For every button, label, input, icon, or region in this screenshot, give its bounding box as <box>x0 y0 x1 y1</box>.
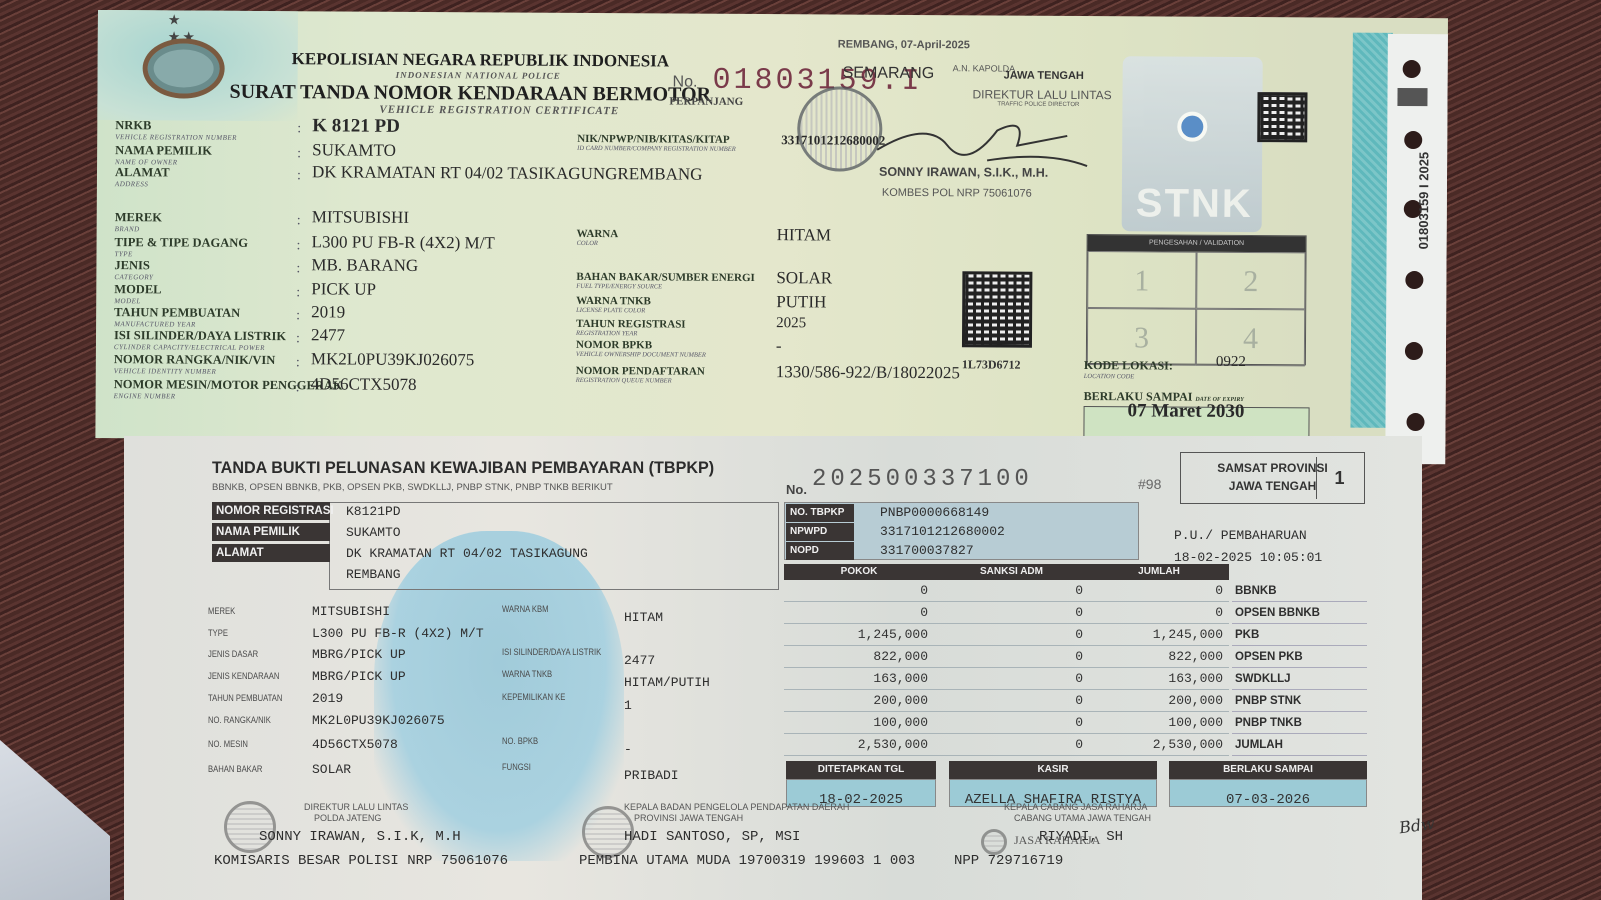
validation-header: PENGESAHAN / VALIDATION <box>1088 235 1306 252</box>
document-title-en: VEHICLE REGISTRATION CERTIFICATE <box>379 104 619 117</box>
jumlah-value: 100,000 <box>1089 712 1229 733</box>
field-label: BAHAN BAKAR/SUMBER ENERGIFUEL TYPE/ENERG… <box>576 271 755 291</box>
col-sanksi: SANKSI ADM <box>934 564 1089 580</box>
payment-item-label: JUMLAH <box>1232 734 1367 756</box>
field-colon: : <box>297 213 301 229</box>
payment-item-label: PKB <box>1232 624 1367 646</box>
field-colon: : <box>297 168 301 184</box>
validation-cell: 4 <box>1196 309 1305 367</box>
vehicle-label: WARNA KBM <box>502 604 548 614</box>
field-value: PUTIH <box>776 292 826 312</box>
signatory-name: RIYADI, SH <box>1039 829 1123 845</box>
signatory-id: KOMISARIS BESAR POLISI NRP 75061076 <box>214 853 508 869</box>
payment-row: 000 <box>784 602 1229 624</box>
pokok-value: 822,000 <box>784 646 934 667</box>
vehicle-value: - <box>624 742 632 757</box>
field-value: 2025 <box>776 315 806 332</box>
field-label: JENISCATEGORY <box>114 258 153 281</box>
field-colon: : <box>296 380 300 396</box>
payment-item-label: PNBP TNKB <box>1232 712 1367 734</box>
vehicle-value: 2019 <box>312 691 343 706</box>
payment-row: 000 <box>784 580 1229 602</box>
payment-row: 100,0000100,000 <box>784 712 1229 734</box>
field-value: SUKAMTO <box>312 140 396 161</box>
col-pokok: POKOK <box>784 564 934 580</box>
field-label: TIPE & TIPE DAGANGTYPE <box>114 235 248 259</box>
id-field-value: 3317101212680002 <box>880 524 1005 539</box>
receipt-title: TANDA BUKTI PELUNASAN KEWAJIBAN PEMBAYAR… <box>212 458 714 478</box>
stamp-city: SEMARANG <box>843 65 935 84</box>
vehicle-label: JENIS DASAR <box>208 649 258 659</box>
vehicle-value: PRIBADI <box>624 768 679 783</box>
jumlah-value: 0 <box>1089 580 1229 601</box>
police-seal-icon <box>224 801 276 853</box>
footer-label: KASIR <box>949 761 1157 779</box>
field-colon: : <box>296 355 300 371</box>
signatory-id: NPP 729716719 <box>954 853 1063 869</box>
vehicle-label: ISI SILINDER/DAYA LISTRIK <box>502 647 601 657</box>
field-label: NOMOR RANGKA/NIK/VINVEHICLE IDENTITY NUM… <box>114 352 276 376</box>
qr-code-text: 1L73D6712 <box>962 357 1021 372</box>
pokok-value: 200,000 <box>784 690 934 711</box>
field-colon: : <box>296 285 300 301</box>
signatory-role-2: CABANG UTAMA JAWA TENGAH <box>1014 813 1151 823</box>
sanksi-value: 0 <box>934 646 1089 667</box>
field-label: ALAMATADDRESS <box>115 165 170 188</box>
vehicle-label: NO. MESIN <box>208 739 248 749</box>
transaction-type: P.U./ PEMBAHARUAN <box>1174 528 1307 543</box>
field-label: ISI SILINDER/DAYA LISTRIKCYLINDER CAPACI… <box>114 328 286 352</box>
field-label: NOMOR MESIN/MOTOR PENGGERAKENGINE NUMBER <box>114 377 343 401</box>
location-code-value: 0922 <box>1216 354 1246 371</box>
nik-label: NIK/NPWP/NIB/KITAS/KITAPID CARD NUMBER/C… <box>577 133 736 153</box>
signatory-role: KEPALA CABANG JASA RAHARJA <box>1004 802 1147 812</box>
signatory-role: DIREKTUR LALU LINTAS <box>304 802 408 812</box>
footer-label: DITETAPKAN TGL <box>786 761 936 779</box>
margin-bar <box>1397 88 1427 106</box>
transaction-datetime: 18-02-2025 10:05:01 <box>1174 550 1322 565</box>
institution-name-en: INDONESIAN NATIONAL POLICE <box>396 70 561 81</box>
vehicle-value: L300 PU FB-R (4X2) M/T <box>312 626 484 641</box>
owner-field-value-2: REMBANG <box>346 567 401 582</box>
vehicle-value: HITAM/PUTIH <box>624 675 710 690</box>
field-value: 4D56CTX5078 <box>311 374 417 395</box>
valid-until-value: 07 Maret 2030 <box>1128 400 1245 423</box>
stnk-document: ★★★ KEPOLISIAN NEGARA REPUBLIK INDONESIA… <box>95 10 1448 446</box>
payment-table: POKOK SANKSI ADM JUMLAH 0000001,245,0000… <box>784 564 1229 756</box>
sanksi-value: 0 <box>934 668 1089 689</box>
jumlah-value: 2,530,000 <box>1089 734 1229 755</box>
receipt-no-label: No. <box>786 482 807 497</box>
perforation-hole <box>1405 271 1423 289</box>
receipt-number: 202500337100 <box>812 466 1033 493</box>
vehicle-label: TYPE <box>208 628 228 638</box>
validation-table: PENGESAHAN / VALIDATION 1 2 3 4 <box>1086 234 1307 365</box>
jumlah-value: 0 <box>1089 602 1229 623</box>
vehicle-value: SOLAR <box>312 762 351 777</box>
perforation-hole <box>1404 131 1422 149</box>
signatory-name: SONNY IRAWAN, S.I.K, M.H <box>259 829 461 845</box>
signatory-role: KEPALA BADAN PENGELOLA PENDAPATAN DAERAH <box>624 802 849 812</box>
pokok-value: 0 <box>784 580 934 601</box>
sanksi-value: 0 <box>934 580 1089 601</box>
pokok-value: 100,000 <box>784 712 934 733</box>
signer-region: JAWA TENGAH <box>1004 70 1084 82</box>
footer-label: BERLAKU SAMPAI <box>1169 761 1367 779</box>
validation-cell: 3 <box>1087 308 1196 366</box>
vehicle-label: NO. BPKB <box>502 736 538 746</box>
field-value: - <box>776 336 782 356</box>
issue-place-date: REMBANG, 07-April-2025 <box>838 39 970 52</box>
pokok-value: 2,530,000 <box>784 734 934 755</box>
sanksi-value: 0 <box>934 602 1089 623</box>
jumlah-value: 163,000 <box>1089 668 1229 689</box>
perforation-hole <box>1403 60 1421 78</box>
id-field-label: NO. TBPKP <box>786 504 854 522</box>
tbpkp-receipt: TANDA BUKTI PELUNASAN KEWAJIBAN PEMBAYAR… <box>124 436 1422 900</box>
owner-field-value: DK KRAMATAN RT 04/02 TASIKAGUNG <box>346 546 588 561</box>
vehicle-value: 4D56CTX5078 <box>312 737 398 752</box>
field-value: 2019 <box>311 302 345 322</box>
vehicle-value: 1 <box>624 698 632 713</box>
vehicle-label: MEREK <box>208 606 235 616</box>
field-label: MODELMODEL <box>114 282 161 305</box>
police-emblem-icon <box>142 38 224 98</box>
signatory-name: HADI SANTOSO, SP, MSI <box>624 829 800 845</box>
payment-row: 200,0000200,000 <box>784 690 1229 712</box>
qr-code-icon <box>962 271 1032 347</box>
location-code-label: KODE LOKASI:LOCATION CODE <box>1084 358 1173 381</box>
signer-role-2: DIREKTUR LALU LINTAS <box>972 87 1111 102</box>
perforation-hole <box>1406 413 1424 431</box>
owner-field-value: K8121PD <box>346 504 401 519</box>
validation-cell: 2 <box>1196 252 1305 310</box>
payment-row: 1,245,00001,245,000 <box>784 624 1229 646</box>
vehicle-value: MBRG/PICK UP <box>312 669 406 684</box>
pokok-value: 0 <box>784 602 934 623</box>
vehicle-value: MK2L0PU39KJ026075 <box>312 713 445 728</box>
handwritten-note: Bdw <box>1398 814 1436 838</box>
document-title: SURAT TANDA NOMOR KENDARAAN BERMOTOR <box>229 81 711 107</box>
field-value: PICK UP <box>311 279 376 299</box>
field-label: NRKBVEHICLE REGISTRATION NUMBER <box>115 118 237 142</box>
payment-table-header: POKOK SANKSI ADM JUMLAH <box>784 564 1229 580</box>
signer-name: SONNY IRAWAN, S.I.K., M.H. <box>879 165 1048 180</box>
nik-value: 3317101212680002 <box>781 132 885 149</box>
vehicle-label: JENIS KENDARAAN <box>208 671 279 681</box>
signatory-id: PEMBINA UTAMA MUDA 19700319 199603 1 003 <box>579 853 915 869</box>
samsat-number: 1 <box>1316 457 1362 499</box>
field-value: MB. BARANG <box>311 255 418 276</box>
field-value: DK KRAMATAN RT 04/02 TASIKAGUNGREMBANG <box>312 162 703 184</box>
payment-item-label: BBNKB <box>1232 580 1367 602</box>
payment-item-label: PNBP STNK <box>1232 690 1367 712</box>
footer-value: 07-03-2026 <box>1169 779 1367 807</box>
vehicle-value: MITSUBISHI <box>312 604 390 619</box>
field-value: MITSUBISHI <box>312 207 409 228</box>
pokok-value: 1,245,000 <box>784 624 934 645</box>
pokok-value: 163,000 <box>784 668 934 689</box>
samsat-box: SAMSAT PROVINSI JAWA TENGAH 1 <box>1180 452 1365 504</box>
field-value: HITAM <box>777 225 831 245</box>
owner-field-value: SUKAMTO <box>346 525 401 540</box>
field-label: NOMOR BPKBVEHICLE OWNERSHIP DOCUMENT NUM… <box>576 339 706 359</box>
vehicle-value: HITAM <box>624 610 663 625</box>
signatory-role-2: PROVINSI JAWA TENGAH <box>634 813 743 823</box>
id-field-label: NOPD <box>786 542 854 560</box>
payment-item-label: OPSEN BBNKB <box>1232 602 1367 624</box>
jumlah-value: 1,245,000 <box>1089 624 1229 645</box>
receipt-number-suffix: #98 <box>1138 476 1161 492</box>
sanksi-value: 0 <box>934 624 1089 645</box>
vertical-serial: 01803159 I 2025 <box>1416 152 1432 250</box>
field-value: L300 PU FB-R (4X2) M/T <box>312 232 495 253</box>
hologram-text: STNK <box>1136 181 1253 227</box>
institution-name: KEPOLISIAN NEGARA REPUBLIK INDONESIA <box>292 49 670 71</box>
field-label: TAHUN PEMBUATANMANUFACTURED YEAR <box>114 305 240 329</box>
field-colon: : <box>296 331 300 347</box>
sanksi-value: 0 <box>934 712 1089 733</box>
vehicle-label: WARNA TNKB <box>502 669 552 679</box>
laptop-corner <box>0 740 110 900</box>
field-label: TAHUN REGISTRASIREGISTRATION YEAR <box>576 318 686 338</box>
field-label: NOMOR PENDAFTARANREGISTRATION QUEUE NUMB… <box>576 365 705 385</box>
jumlah-value: 200,000 <box>1089 690 1229 711</box>
receipt-subtitle: BBNKB, OPSEN BBNKB, PKB, OPSEN PKB, SWDK… <box>212 482 613 493</box>
field-colon: : <box>297 146 301 162</box>
payment-item-label: OPSEN PKB <box>1232 646 1367 668</box>
payment-row: 822,0000822,000 <box>784 646 1229 668</box>
hologram: STNK <box>1122 56 1263 232</box>
owner-field-label: NAMA PEMILIK <box>212 523 330 541</box>
hologram-seal-icon <box>1177 112 1207 142</box>
vehicle-value: 2477 <box>624 653 655 668</box>
id-field-label: NPWPD <box>786 523 854 541</box>
sanksi-value: 0 <box>934 734 1089 755</box>
payment-row: 2,530,00002,530,000 <box>784 734 1229 756</box>
field-colon: : <box>297 238 301 254</box>
signer-rank: KOMBES POL NRP 75061076 <box>882 187 1032 200</box>
field-label: WARNA TNKBLICENSE PLATE COLOR <box>576 295 651 314</box>
sanksi-value: 0 <box>934 690 1089 711</box>
validation-cell: 1 <box>1087 251 1196 309</box>
vehicle-label: FUNGSI <box>502 762 531 772</box>
payment-item-label: SWDKLLJ <box>1232 668 1367 690</box>
vehicle-label: BAHAN BAKAR <box>208 764 262 774</box>
payment-row: 163,0000163,000 <box>784 668 1229 690</box>
serial-no-label: No. <box>673 74 698 92</box>
id-field-value: 331700037827 <box>880 543 974 558</box>
field-value: SOLAR <box>776 268 832 288</box>
jumlah-value: 822,000 <box>1089 646 1229 667</box>
field-value: MK2L0PU39KJ026075 <box>311 349 475 370</box>
field-colon: : <box>296 261 300 277</box>
perforation-hole <box>1405 342 1423 360</box>
field-label: NAMA PEMILIKNAME OF OWNER <box>115 143 212 167</box>
jasa-raharja-logo-icon <box>981 829 1007 855</box>
field-value: 2477 <box>311 325 345 345</box>
owner-field-label: NOMOR REGISTRASI <box>212 502 330 520</box>
col-jumlah: JUMLAH <box>1089 564 1229 580</box>
signatory-role-2: POLDA JATENG <box>314 813 381 823</box>
field-label: MEREKBRAND <box>115 210 162 233</box>
id-field-value: PNBP0000668149 <box>880 505 989 520</box>
vehicle-label: TAHUN PEMBUATAN <box>208 693 282 703</box>
owner-field-label: ALAMAT <box>212 544 330 562</box>
field-value: 1330/586-922/B/18022025 <box>776 362 960 383</box>
field-label: WARNACOLOR <box>577 228 619 247</box>
signer-role-2-en: TRAFFIC POLICE DIRECTOR <box>997 101 1079 108</box>
qr-code-icon <box>1257 92 1307 142</box>
field-colon: : <box>296 308 300 324</box>
vehicle-value: MBRG/PICK UP <box>312 647 406 662</box>
field-colon: : <box>297 121 301 137</box>
vehicle-label: KEPEMILIKAN KE <box>502 692 565 702</box>
vehicle-label: NO. RANGKA/NIK <box>208 715 271 725</box>
field-value: K 8121 PD <box>312 115 400 138</box>
